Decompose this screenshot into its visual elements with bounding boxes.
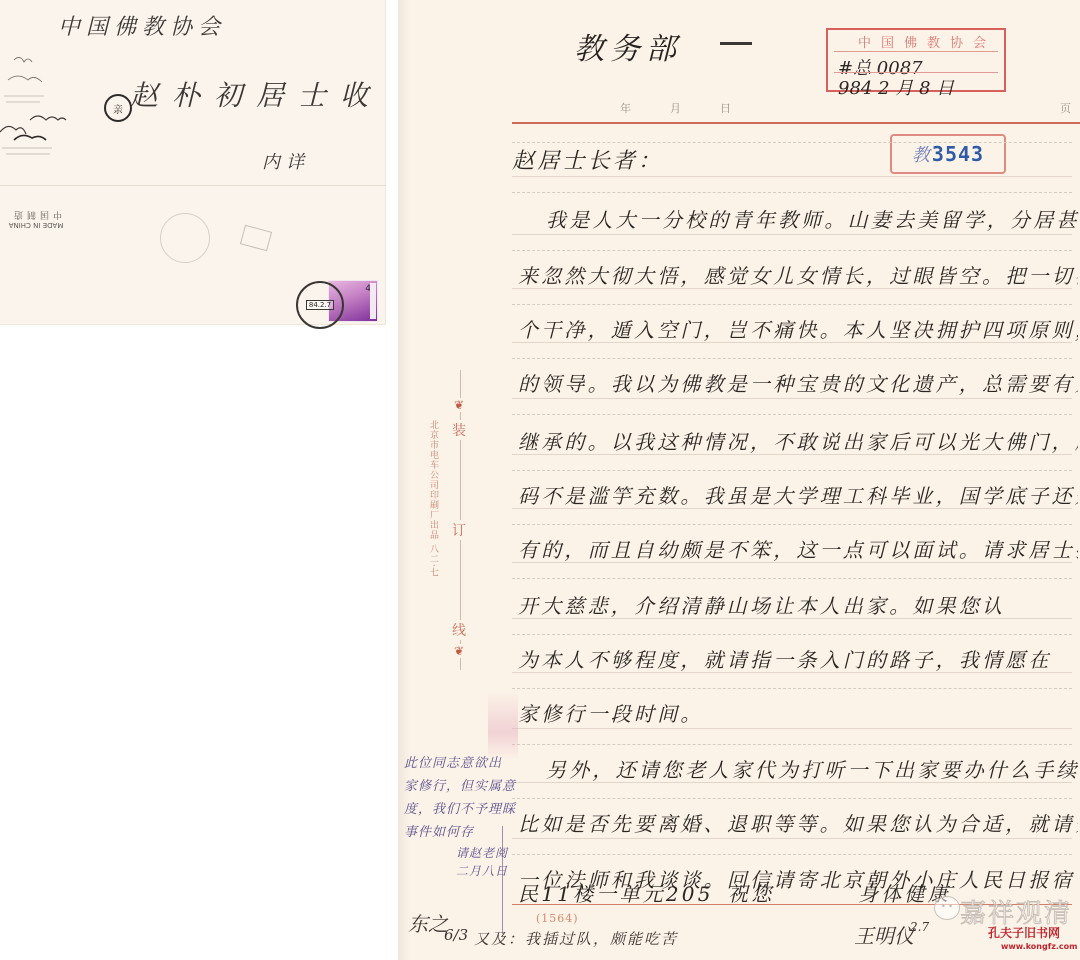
body-line: 的领导。我以为佛教是一种宝贵的文化遗产，总需要有人来	[518, 368, 1078, 397]
envelope-org-line: 中国佛教协会	[58, 10, 226, 41]
body-line: 我是人大一分校的青年教师。山妻去美留学，分居甚苦。近	[546, 204, 1080, 233]
ruled-line	[512, 250, 1072, 251]
letter-page: 教务部 中国佛教协会 #总 0087 984 2 月 8 日 年 月 日 页 教…	[398, 0, 1080, 960]
department-heading: 教务部	[574, 24, 682, 68]
received-date: 984 2 月 8 日	[838, 74, 954, 100]
body-line: 有的，而且自幼颇是不笨，这一点可以面试。请求居士捻	[518, 534, 1078, 563]
ruled-line	[512, 728, 1072, 729]
faint-postmark	[160, 213, 210, 263]
postmark-cancellation: 84.2.7	[296, 281, 344, 329]
ruled-line	[512, 192, 1072, 193]
envelope-note: 内详	[262, 148, 310, 174]
body-line: 家修行一段时间。	[518, 698, 1078, 727]
margin-annotation: 此位同志意欲出 家修行，但实属意 度，我们不予理睬 事件如何存 请赵老阅 二月八…	[404, 752, 522, 902]
ruled-line	[512, 414, 1072, 415]
envelope-fold-line	[0, 185, 386, 186]
envelope: 中国佛教协会 亲 赵朴初居士收 内详 MADE IN CHINA 中国制造 4 …	[0, 0, 386, 325]
body-line: 码不是滥竽充数。我虽是大学理工科毕业，国学底子还是	[518, 480, 1078, 509]
ruled-line	[512, 744, 1072, 745]
site-url-watermark: www.kongfz.com	[1001, 942, 1077, 951]
salutation: 赵居士长者：	[512, 144, 1072, 175]
faint-box-stamp	[240, 225, 272, 252]
body-line: 另外，还请您老人家代为打听一下出家要办什么手续，	[546, 754, 1080, 783]
form-code: (1564)	[536, 912, 579, 925]
received-stamp: 中国佛教协会 #总 0087 984 2 月 8 日	[826, 28, 1006, 92]
heading-dash	[720, 42, 752, 45]
ornament-icon: ❦	[454, 644, 464, 658]
made-in-china-label: MADE IN CHINA 中国制造	[6, 208, 66, 230]
ruled-line	[512, 398, 1072, 399]
ruled-line	[512, 524, 1072, 525]
ruled-line	[512, 234, 1072, 235]
ornament-icon: ❦	[454, 398, 464, 412]
body-line: 继承的。以我这种情况，不敢说出家后可以光大佛门，起	[518, 426, 1078, 455]
ruled-line	[512, 854, 1072, 855]
header-red-rule	[512, 122, 1080, 124]
ruled-line	[512, 798, 1072, 799]
landscape-illustration-icon	[0, 50, 72, 160]
wechat-logo-icon: • •	[934, 896, 960, 920]
body-line: 为本人不够程度，就请指一条入门的路子，我情愿在	[518, 644, 1078, 673]
postscript: 又及：我插过队，颇能吃苦	[474, 928, 678, 949]
body-line: 个干净，遁入空门，岂不痛快。本人坚决拥护四项原则，拥护党	[518, 314, 1078, 343]
ruled-line	[512, 688, 1072, 689]
binding-line: ❦ 装 订 线 ❦	[450, 370, 470, 670]
reviewer-initials: 东之	[408, 908, 448, 937]
closing-wish: 祝您	[728, 878, 808, 907]
site-watermark: 孔夫子旧书网	[988, 924, 1060, 941]
ruled-line	[512, 578, 1072, 579]
reviewer-date: 6/3	[444, 926, 468, 944]
ruled-line	[512, 634, 1072, 635]
writer-signature: 王明仪	[854, 920, 914, 949]
ruled-line	[512, 142, 1072, 143]
body-line: 比如是否先要离婚、退职等等。如果您认为合适，就请介绍	[518, 808, 1078, 837]
ruled-line	[512, 176, 1072, 177]
address-line: 民11楼一单元205	[518, 878, 718, 907]
ruled-line	[512, 838, 1072, 839]
envelope-recipient: 赵朴初居士收	[130, 74, 382, 114]
ruled-line	[512, 358, 1072, 359]
ruled-line	[512, 304, 1072, 305]
signature-date: 2.7	[910, 920, 929, 934]
body-line: 来忽然大彻大悟，感觉女儿女情长，过眼皆空。把一切都撇	[518, 260, 1078, 289]
body-line: 开大慈悲，介绍清静山场让本人出家。如果您认	[518, 590, 1078, 619]
printer-imprint: 北京市电车公司印刷厂出品 八二·七	[426, 420, 440, 578]
envelope-small-seal: 亲	[104, 94, 132, 122]
ink-wash-mark	[488, 690, 518, 760]
ruled-line	[512, 470, 1072, 471]
